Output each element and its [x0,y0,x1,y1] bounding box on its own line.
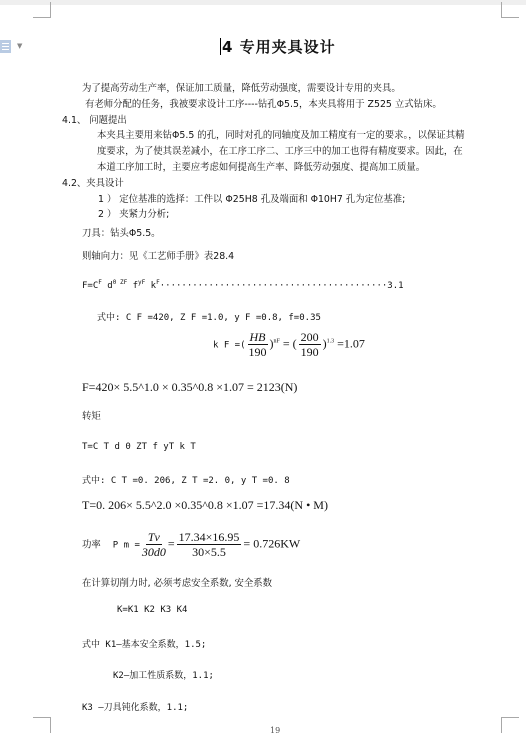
power-label: 功率 [82,539,101,550]
paragraph-line: 度要求，为了使其误差减小，在工序工序二、工序三中的加工也得有精度要求。因此，在 [97,143,463,157]
margin-corner-bottom-left [33,717,51,733]
intro-line-2: 有老师分配的任务，我被要求设计工序----钻孔Φ5.5，本夹具将用于 Z525 … [85,96,442,110]
denominator: 190 [301,345,319,359]
safety-formula: K=K1 K2 K3 K4 [117,605,187,615]
numerator: 17.34×16.95 [177,530,242,545]
title-text: 4 专用夹具设计 [222,38,336,56]
formula-F-head: F=C [82,281,98,291]
list-item: 2 ） 夹紧力分析; [98,206,169,220]
F-result: F=420× 5.5^1.0 × 0.35^0.8 ×1.07 = 2123(N… [82,380,297,395]
power-lhs: P m = [113,540,140,550]
numerator: 200 [299,330,321,345]
fraction: 17.34×16.9530×5.5 [177,530,242,559]
paragraph-line: 本道工序加工时，主要应考虑如何提高生产率、降低劳动强度、提高加工质量。 [97,159,425,173]
margin-corner-top-left [33,2,51,18]
denominator: 190 [249,345,267,359]
params-T: 式中: C T =0. 206, Z T =2. 0, y T =0. 8 [82,473,290,486]
formula-F: F=CF d0 ZF fyF kF·······················… [82,279,404,291]
paste-options-icon[interactable] [0,40,11,53]
page-title: 4 专用夹具设计 [220,36,336,57]
kF-lhs: k F =( [213,340,246,350]
axial-force-ref: 则轴向力：见《工艺师手册》表28.4 [82,248,234,262]
top-toolbar-strip [0,0,526,5]
fraction: 200190 [299,330,321,359]
denominator: 30d0 [142,545,166,559]
k1-line: 式中 K1—基本安全系数，1.5; [82,637,206,650]
kF-result: =1.07 [337,336,365,350]
numerator: HB [248,330,268,345]
tool-line: 刀具：钻头Φ5.5。 [82,225,161,239]
chevron-down-icon[interactable]: ▼ [17,42,22,50]
paragraph-line: 本夹具主要用来钻Φ5.5 的孔，同时对孔的同轴度及加工精度有一定的要求。，以保证… [97,127,464,141]
fraction: HB190 [248,330,268,359]
numerator: Tv [146,530,162,545]
formula-power: 功率 P m =Tv30d0=17.34×16.9530×5.5= 0.726K… [82,530,300,559]
exponent: nF [274,338,280,344]
intro-line-1: 为了提高劳动生产率，保证加工质量，降低劳动强度，需要设计专用的夹具。 [82,80,401,94]
T-result: T=0. 206× 5.5^2.0 ×0.35^0.8 ×1.07 =17.34… [82,498,328,513]
formula-T: T=C T d 0 ZT f yT k T [82,442,196,452]
list-item: 1 ） 定位基准的选择：工件以 Φ25H8 孔及端面和 Φ10H7 孔为定位基准… [98,191,405,205]
params-F: 式中: C F =420, Z F =1.0, y F =0.8, f=0.35 [97,310,321,323]
margin-corner-bottom-right [501,717,519,733]
page-number: 19 [270,726,280,735]
formula-kF: k F =(HB190)nF = (200190)1.3 =1.07 [213,330,365,359]
exponent: 1.3 [327,338,335,344]
power-result: = 0.726KW [243,536,300,550]
k3-line: K3 —刀具钝化系数，1.1; [82,700,188,713]
fraction: Tv30d0 [142,530,166,559]
section-heading-4-1: 4.1、 问题提出 [62,112,127,126]
safety-intro: 在计算切削力时, 必须考虑安全系数, 安全系数 [82,575,272,589]
k2-line: K2—加工性质系数，1.1; [113,668,214,681]
margin-corner-top-right [501,2,519,18]
denominator: 30×5.5 [192,545,226,559]
formula-F-tail: ········································… [160,281,404,291]
text-cursor [220,38,221,55]
torque-label: 转矩 [82,408,101,422]
section-heading-4-2: 4.2、夹具设计 [62,175,124,189]
